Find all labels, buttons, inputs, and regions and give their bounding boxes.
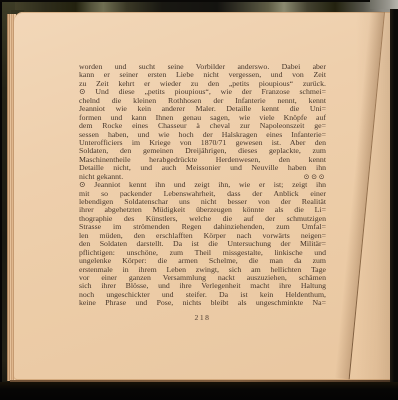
photo-bottom-border bbox=[0, 382, 398, 400]
page-number: 218 bbox=[79, 314, 326, 322]
photo-right-border bbox=[390, 9, 398, 400]
text-line: keine Phrase und Pose, nichts bleibt als… bbox=[79, 299, 326, 307]
book-scan-photo: worden und sucht seine Vorbilder andersw… bbox=[0, 0, 398, 400]
page-text-block: worden und sucht seine Vorbilder andersw… bbox=[79, 63, 326, 322]
top-right-highlight bbox=[370, 0, 398, 9]
